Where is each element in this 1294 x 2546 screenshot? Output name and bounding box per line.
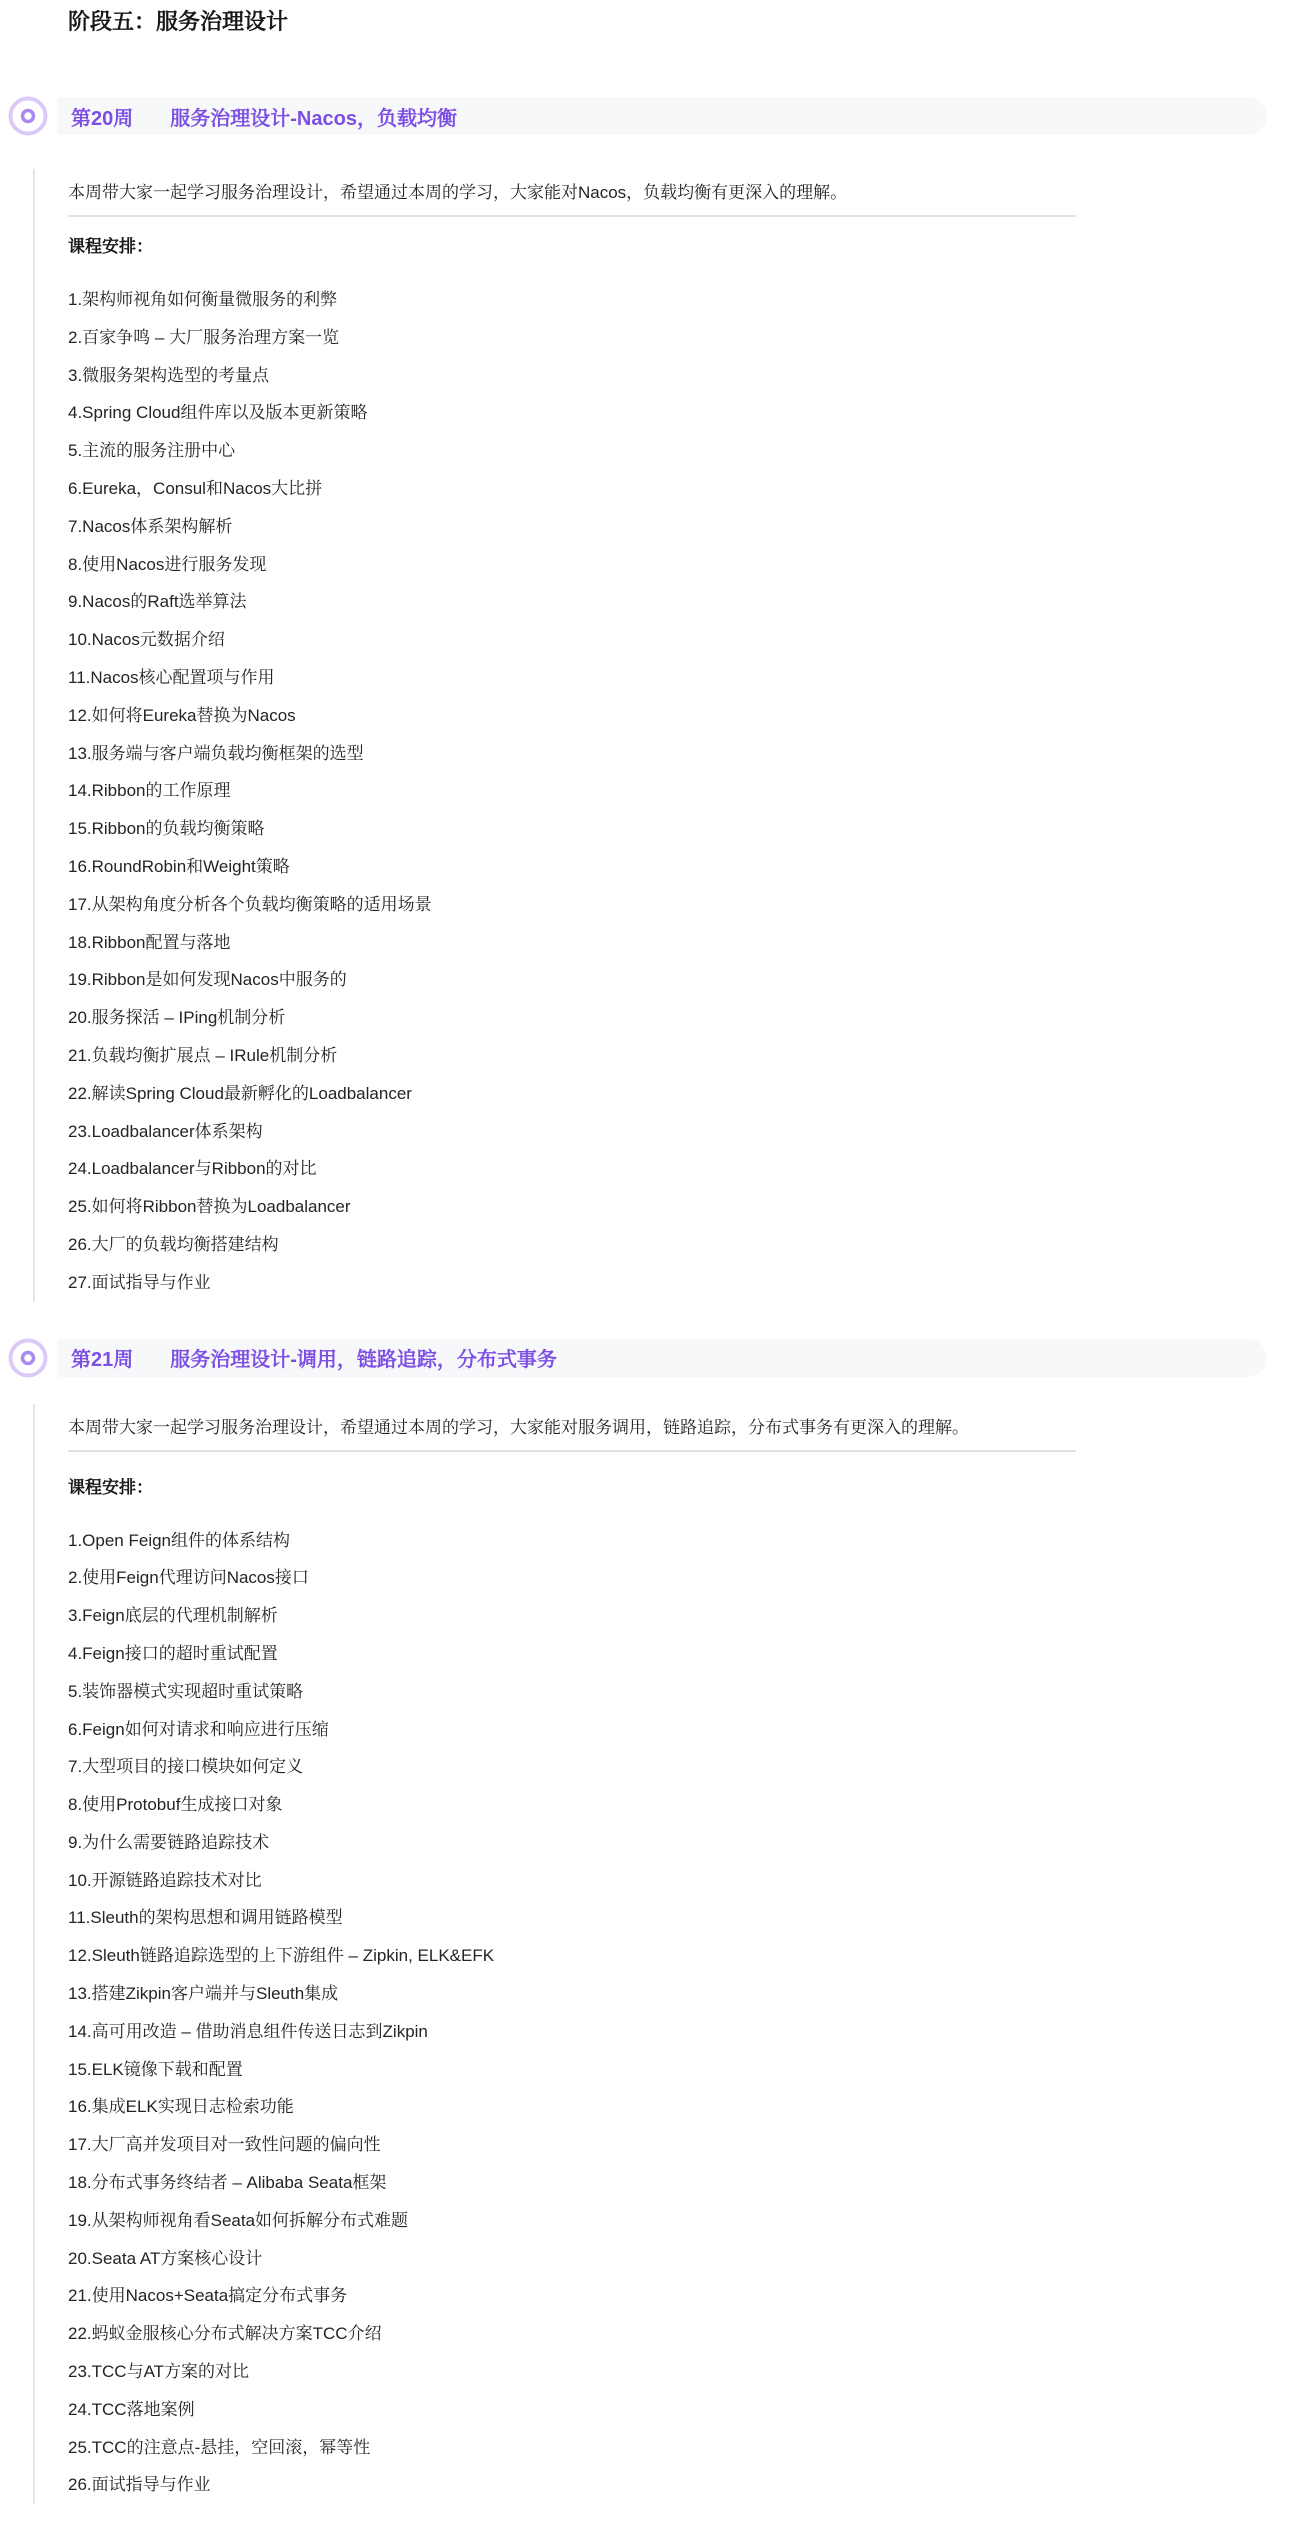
course-item: 25.如何将Ribbon替换为Loadbalancer bbox=[68, 1188, 1278, 1226]
course-item: 26.面试指导与作业 bbox=[68, 2466, 1278, 2504]
course-item: 7.大型项目的接口模块如何定义 bbox=[68, 1748, 1278, 1786]
week-title: 服务治理设计-Nacos，负载均衡 bbox=[170, 102, 457, 131]
course-item: 13.服务端与客户端负载均衡框架的选型 bbox=[68, 735, 1278, 773]
course-item: 20.Seata AT方案核心设计 bbox=[68, 2240, 1278, 2278]
course-item: 1.架构师视角如何衡量微服务的利弊 bbox=[68, 281, 1278, 319]
course-item: 14.高可用改造 – 借助消息组件传送日志到Zikpin bbox=[68, 2013, 1278, 2051]
course-item: 21.使用Nacos+Seata搞定分布式事务 bbox=[68, 2277, 1278, 2315]
course-item: 5.主流的服务注册中心 bbox=[68, 432, 1278, 470]
course-item: 24.Loadbalancer与Ribbon的对比 bbox=[68, 1150, 1278, 1188]
course-item: 7.Nacos体系架构解析 bbox=[68, 508, 1278, 546]
course-item: 16.RoundRobin和Weight策略 bbox=[68, 848, 1278, 886]
course-item: 1.Open Feign组件的体系结构 bbox=[68, 1522, 1278, 1560]
course-item: 6.Feign如何对请求和响应进行压缩 bbox=[68, 1711, 1278, 1749]
schedule-heading: 课程安排： bbox=[68, 1475, 1278, 1501]
divider bbox=[68, 1450, 1076, 1452]
course-item: 21.负载均衡扩展点 – IRule机制分析 bbox=[68, 1037, 1278, 1075]
course-item: 10.Nacos元数据介绍 bbox=[68, 621, 1278, 659]
week-badge: 第20周 bbox=[71, 102, 133, 131]
course-item: 11.Sleuth的架构思想和调用链路模型 bbox=[68, 1899, 1278, 1937]
course-item: 9.为什么需要链路追踪技术 bbox=[68, 1824, 1278, 1862]
course-item: 4.Spring Cloud组件库以及版本更新策略 bbox=[68, 394, 1278, 432]
course-item: 27.面试指导与作业 bbox=[68, 1264, 1278, 1302]
course-item: 17.大厂高并发项目对一致性问题的偏向性 bbox=[68, 2126, 1278, 2164]
course-item: 2.百家争鸣 – 大厂服务治理方案一览 bbox=[68, 319, 1278, 357]
course-item: 9.Nacos的Raft选举算法 bbox=[68, 583, 1278, 621]
course-item: 24.TCC落地案例 bbox=[68, 2391, 1278, 2429]
week-badge: 第21周 bbox=[71, 1343, 133, 1372]
course-item: 12.如何将Eureka替换为Nacos bbox=[68, 697, 1278, 735]
week-title: 服务治理设计-调用，链路追踪，分布式事务 bbox=[170, 1343, 557, 1372]
course-item: 6.Eureka，Consul和Nacos大比拼 bbox=[68, 470, 1278, 508]
course-item: 4.Feign接口的超时重试配置 bbox=[68, 1635, 1278, 1673]
divider bbox=[68, 215, 1076, 217]
week-21-content: 本周带大家一起学习服务治理设计，希望通过本周的学习，大家能对服务调用，链路追踪，… bbox=[33, 1404, 1278, 2505]
week-21-header: 第21周 服务治理设计-调用，链路追踪，分布式事务 bbox=[0, 1338, 1294, 1378]
course-item: 26.大厂的负载均衡搭建结构 bbox=[68, 1226, 1278, 1264]
course-list-week-20: 1.架构师视角如何衡量微服务的利弊2.百家争鸣 – 大厂服务治理方案一览3.微服… bbox=[68, 281, 1278, 1302]
week-description: 本周带大家一起学习服务治理设计，希望通过本周的学习，大家能对服务调用，链路追踪，… bbox=[68, 1404, 1278, 1447]
course-item: 8.使用Nacos进行服务发现 bbox=[68, 546, 1278, 584]
course-item: 22.蚂蚁金服核心分布式解决方案TCC介绍 bbox=[68, 2315, 1278, 2353]
week-20-header-bar[interactable]: 第20周 服务治理设计-Nacos，负载均衡 bbox=[57, 97, 1267, 135]
course-item: 19.Ribbon是如何发现Nacos中服务的 bbox=[68, 961, 1278, 999]
course-item: 10.开源链路追踪技术对比 bbox=[68, 1862, 1278, 1900]
course-item: 5.装饰器模式实现超时重试策略 bbox=[68, 1673, 1278, 1711]
course-item: 13.搭建Zikpin客户端并与Sleuth集成 bbox=[68, 1975, 1278, 2013]
course-item: 3.微服务架构选型的考量点 bbox=[68, 357, 1278, 395]
week-target-icon bbox=[8, 96, 48, 136]
course-item: 3.Feign底层的代理机制解析 bbox=[68, 1597, 1278, 1635]
week-21-header-bar[interactable]: 第21周 服务治理设计-调用，链路追踪，分布式事务 bbox=[57, 1339, 1267, 1377]
week-20-header: 第20周 服务治理设计-Nacos，负载均衡 bbox=[0, 96, 1294, 136]
schedule-heading: 课程安排： bbox=[68, 234, 1278, 260]
course-item: 25.TCC的注意点-悬挂，空回滚，幂等性 bbox=[68, 2429, 1278, 2467]
course-item: 11.Nacos核心配置项与作用 bbox=[68, 659, 1278, 697]
course-item: 15.Ribbon的负载均衡策略 bbox=[68, 810, 1278, 848]
course-item: 22.解读Spring Cloud最新孵化的Loadbalancer bbox=[68, 1075, 1278, 1113]
week-description: 本周带大家一起学习服务治理设计，希望通过本周的学习，大家能对Nacos，负载均衡… bbox=[68, 169, 1278, 212]
course-item: 23.TCC与AT方案的对比 bbox=[68, 2353, 1278, 2391]
course-list-week-21: 1.Open Feign组件的体系结构2.使用Feign代理访问Nacos接口3… bbox=[68, 1522, 1278, 2505]
course-item: 17.从架构角度分析各个负载均衡策略的适用场景 bbox=[68, 886, 1278, 924]
course-item: 23.Loadbalancer体系架构 bbox=[68, 1113, 1278, 1151]
course-item: 18.分布式事务终结者 – Alibaba Seata框架 bbox=[68, 2164, 1278, 2202]
course-item: 12.Sleuth链路追踪选型的上下游组件 – Zipkin, ELK&EFK bbox=[68, 1937, 1278, 1975]
course-item: 2.使用Feign代理访问Nacos接口 bbox=[68, 1559, 1278, 1597]
course-item: 18.Ribbon配置与落地 bbox=[68, 924, 1278, 962]
week-target-icon bbox=[8, 1338, 48, 1378]
course-item: 14.Ribbon的工作原理 bbox=[68, 772, 1278, 810]
course-item: 19.从架构师视角看Seata如何拆解分布式难题 bbox=[68, 2202, 1278, 2240]
week-20-content: 本周带大家一起学习服务治理设计，希望通过本周的学习，大家能对Nacos，负载均衡… bbox=[33, 169, 1278, 1302]
course-item: 15.ELK镜像下载和配置 bbox=[68, 2051, 1278, 2089]
course-item: 8.使用Protobuf生成接口对象 bbox=[68, 1786, 1278, 1824]
course-item: 20.服务探活 – IPing机制分析 bbox=[68, 999, 1278, 1037]
course-item: 16.集成ELK实现日志检索功能 bbox=[68, 2088, 1278, 2126]
page-title: 阶段五：服务治理设计 bbox=[68, 8, 1294, 36]
